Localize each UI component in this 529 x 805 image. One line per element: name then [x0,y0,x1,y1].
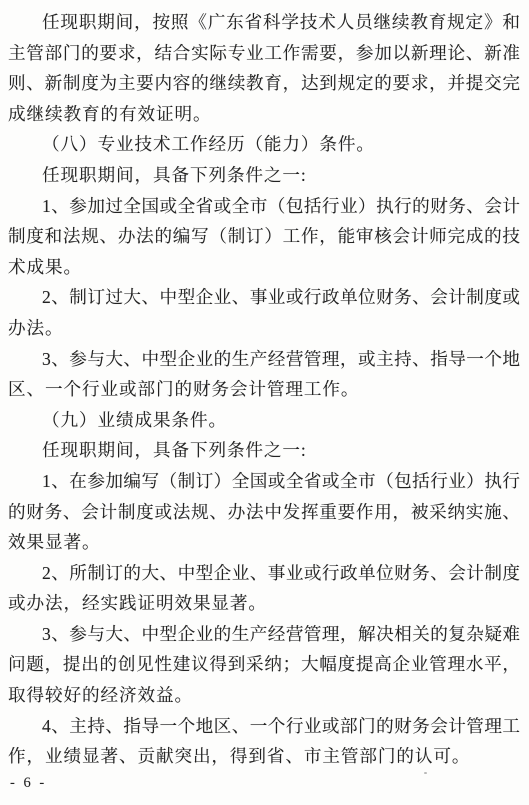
text-line: 主管部门的要求，结合实际专业工作需要，参加以新理论、新准 [8,38,520,69]
text-line: 1、在参加编写（制订）全国或全省或全市（包括行业）执行 [8,466,520,497]
text-line: 或办法，经实践证明效果显著。 [8,588,520,619]
text-line: 任现职期间，具备下列条件之一: [8,160,520,191]
document-page: 任现职期间，按照《广东省科学技术人员继续教育规定》和主管部门的要求，结合实际专业… [0,0,529,805]
text-line: 任现职期间，按照《广东省科学技术人员继续教育规定》和 [8,7,520,38]
text-line: 效果显著。 [8,527,520,558]
text-line: 办法。 [8,313,520,344]
text-line: 1、参加过全国或全省或全市（包括行业）执行的财务、会计 [8,191,520,222]
scan-speck [424,772,427,774]
text-line: 成继续教育的有效证明。 [8,99,520,130]
text-line: 作，业绩显著、贡献突出，得到省、市主管部门的认可。 [8,741,520,772]
text-line: 的财务、会计制度或法规、办法中发挥重要作用，被采纳实施、 [8,497,520,528]
text-line: 4、主持、指导一个地区、一个行业或部门的财务会计管理工 [8,711,520,742]
text-line: 区、一个行业或部门的财务会计管理工作。 [8,374,520,405]
text-line: 2、所制订的大、中型企业、事业或行政单位财务、会计制度 [8,558,520,589]
text-line: （八）专业技术工作经历（能力）条件。 [8,129,520,160]
text-line: 3、参与大、中型企业的生产经营管理，或主持、指导一个地 [8,344,520,375]
text-line: （九）业绩成果条件。 [8,405,520,436]
text-line: 问题，提出的创见性建议得到采纳；大幅度提高企业管理水平， [8,649,520,680]
text-line: 制度和法规、办法的编写（制订）工作，能审核会计师完成的技 [8,221,520,252]
text-line: 任现职期间，具备下列条件之一: [8,435,520,466]
text-line: 2、制订过大、中型企业、事业或行政单位财务、会计制度或 [8,282,520,313]
document-text: 任现职期间，按照《广东省科学技术人员继续教育规定》和主管部门的要求，结合实际专业… [8,7,520,772]
page-number: - 6 - [10,775,47,792]
text-line: 则、新制度为主要内容的继续教育，达到规定的要求，并提交完 [8,68,520,99]
text-line: 3、参与大、中型企业的生产经营管理，解决相关的复杂疑难 [8,619,520,650]
text-line: 取得较好的经济效益。 [8,680,520,711]
text-line: 术成果。 [8,252,520,283]
